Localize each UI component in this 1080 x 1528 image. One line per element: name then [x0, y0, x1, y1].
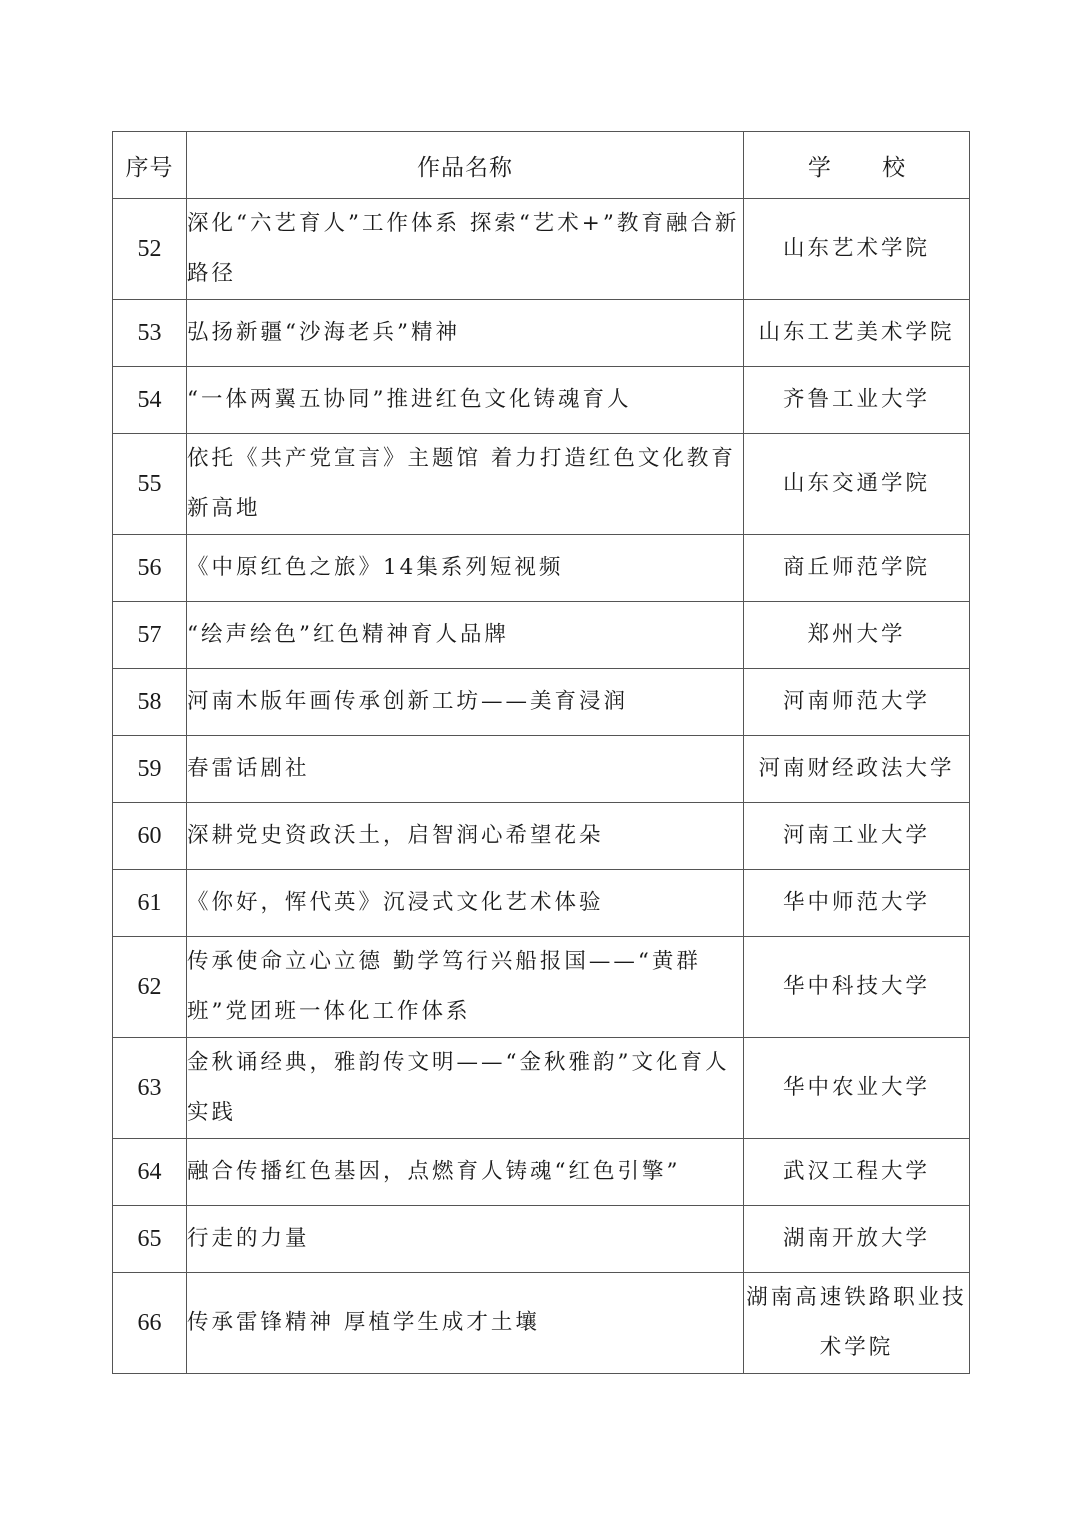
table-row: 54“一体两翼五协同”推进红色文化铸魂育人齐鲁工业大学	[113, 367, 970, 434]
table-row: 58河南木版年画传承创新工坊——美育浸润河南师范大学	[113, 669, 970, 736]
school-name: 湖南高速铁路职业技术学院	[744, 1273, 970, 1374]
work-title: 融合传播红色基因，点燃育人铸魂“红色引擎”	[187, 1139, 744, 1206]
row-number: 61	[113, 870, 187, 937]
school-name: 武汉工程大学	[744, 1139, 970, 1206]
table-row: 55依托《共产党宣言》主题馆 着力打造红色文化教育新高地山东交通学院	[113, 434, 970, 535]
row-number: 59	[113, 736, 187, 803]
table-row: 59春雷话剧社河南财经政法大学	[113, 736, 970, 803]
row-number: 55	[113, 434, 187, 535]
header-school: 学 校	[744, 132, 970, 199]
row-number: 52	[113, 199, 187, 300]
row-number: 63	[113, 1038, 187, 1139]
table-header-row: 序号 作品名称 学 校	[113, 132, 970, 199]
school-name: 华中农业大学	[744, 1038, 970, 1139]
work-title: 行走的力量	[187, 1206, 744, 1273]
table-row: 61《你好，恽代英》沉浸式文化艺术体验华中师范大学	[113, 870, 970, 937]
header-school-label: 学 校	[786, 155, 927, 181]
row-number: 66	[113, 1273, 187, 1374]
work-title: 《中原红色之旅》14集系列短视频	[187, 535, 744, 602]
work-title: 河南木版年画传承创新工坊——美育浸润	[187, 669, 744, 736]
row-number: 58	[113, 669, 187, 736]
school-name: 齐鲁工业大学	[744, 367, 970, 434]
school-name: 华中师范大学	[744, 870, 970, 937]
work-title: 依托《共产党宣言》主题馆 着力打造红色文化教育新高地	[187, 434, 744, 535]
work-title: “一体两翼五协同”推进红色文化铸魂育人	[187, 367, 744, 434]
row-number: 65	[113, 1206, 187, 1273]
row-number: 62	[113, 937, 187, 1038]
row-number: 54	[113, 367, 187, 434]
table-row: 63金秋诵经典，雅韵传文明——“金秋雅韵”文化育人实践华中农业大学	[113, 1038, 970, 1139]
work-title: 深耕党史资政沃土，启智润心希望花朵	[187, 803, 744, 870]
work-title: 《你好，恽代英》沉浸式文化艺术体验	[187, 870, 744, 937]
school-name: 河南工业大学	[744, 803, 970, 870]
school-name: 河南师范大学	[744, 669, 970, 736]
work-title: “绘声绘色”红色精神育人品牌	[187, 602, 744, 669]
table-row: 60深耕党史资政沃土，启智润心希望花朵河南工业大学	[113, 803, 970, 870]
table-row: 57“绘声绘色”红色精神育人品牌郑州大学	[113, 602, 970, 669]
work-title: 春雷话剧社	[187, 736, 744, 803]
table-row: 65行走的力量湖南开放大学	[113, 1206, 970, 1273]
table-row: 53弘扬新疆“沙海老兵”精神山东工艺美术学院	[113, 300, 970, 367]
work-title: 深化“六艺育人”工作体系 探索“艺术+”教育融合新路径	[187, 199, 744, 300]
school-name: 山东艺术学院	[744, 199, 970, 300]
school-name: 山东工艺美术学院	[744, 300, 970, 367]
row-number: 57	[113, 602, 187, 669]
header-title: 作品名称	[187, 132, 744, 199]
school-name: 河南财经政法大学	[744, 736, 970, 803]
table-row: 52深化“六艺育人”工作体系 探索“艺术+”教育融合新路径山东艺术学院	[113, 199, 970, 300]
header-no: 序号	[113, 132, 187, 199]
row-number: 64	[113, 1139, 187, 1206]
school-name: 郑州大学	[744, 602, 970, 669]
table-row: 62传承使命立心立德 勤学笃行兴船报国——“黄群班”党团班一体化工作体系华中科技…	[113, 937, 970, 1038]
work-title: 传承雷锋精神 厚植学生成才土壤	[187, 1273, 744, 1374]
school-name: 山东交通学院	[744, 434, 970, 535]
table-row: 64融合传播红色基因，点燃育人铸魂“红色引擎”武汉工程大学	[113, 1139, 970, 1206]
school-name: 商丘师范学院	[744, 535, 970, 602]
table-row: 66传承雷锋精神 厚植学生成才土壤湖南高速铁路职业技术学院	[113, 1273, 970, 1374]
work-title: 弘扬新疆“沙海老兵”精神	[187, 300, 744, 367]
award-table: 序号 作品名称 学 校 52深化“六艺育人”工作体系 探索“艺术+”教育融合新路…	[112, 131, 970, 1374]
work-title: 金秋诵经典，雅韵传文明——“金秋雅韵”文化育人实践	[187, 1038, 744, 1139]
row-number: 56	[113, 535, 187, 602]
school-name: 华中科技大学	[744, 937, 970, 1038]
work-title: 传承使命立心立德 勤学笃行兴船报国——“黄群班”党团班一体化工作体系	[187, 937, 744, 1038]
row-number: 53	[113, 300, 187, 367]
school-name: 湖南开放大学	[744, 1206, 970, 1273]
table-row: 56《中原红色之旅》14集系列短视频商丘师范学院	[113, 535, 970, 602]
row-number: 60	[113, 803, 187, 870]
